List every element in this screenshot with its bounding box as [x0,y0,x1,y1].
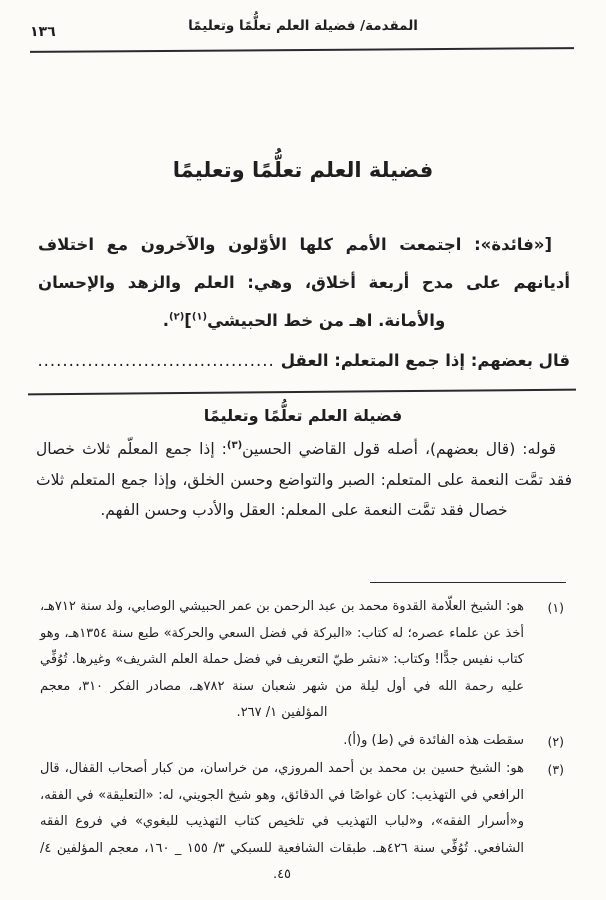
footnote-separator-rule [370,582,566,583]
matn-block: [«فائدة»: اجتمعت الأمم كلها الأوّلون وال… [38,226,570,340]
sharh-block: قوله: (قال بعضهم)، أصله قول القاضي الحسي… [36,434,572,526]
page-number: ١٣٦ [30,24,56,40]
footnotes-block: (١) هو: الشيخ العلّامة القدوة محمد بن عب… [40,594,564,890]
footnote-3-number: (٣) [530,756,564,889]
book-page: المقدمة/ فضيلة العلم تعلُّمًا وتعليمًا ١… [0,0,606,900]
saying-line: قال بعضهم: إذا جمع المتعلم: العقل ......… [38,344,570,378]
saying-text: قال بعضهم: إذا جمع المتعلم: العقل [281,344,570,378]
footnote-2: (٢) سقطت هذه الفائدة في (ط) و(أ). [40,728,564,756]
matn-text: [«فائدة»: اجتمعت الأمم كلها الأوّلون وال… [38,235,570,330]
footnote-1-number: (١) [530,594,564,727]
section-divider-rule [28,389,576,396]
chapter-title: فضيلة العلم تعلُّمًا وتعليمًا [0,158,606,182]
footnote-ref-3: (٣) [227,440,242,451]
footnote-ref-2: (٢) [169,312,184,323]
footnote-2-text: سقطت هذه الفائدة في (ط) و(أ). [40,728,524,756]
footnote-3: (٣) هو: الشيخ حسين بن محمد بن أحمد المرو… [40,756,564,889]
footnote-3-text: هو: الشيخ حسين بن محمد بن أحمد المروزي، … [40,756,524,889]
leader-dots: ........................................… [38,344,275,378]
header-rule [30,47,574,53]
running-head-title: المقدمة/ فضيلة العلم تعلُّمًا وتعليمًا [0,18,606,34]
footnote-1: (١) هو: الشيخ العلّامة القدوة محمد بن عب… [40,594,564,727]
sharh-paragraph: قوله: (قال بعضهم)، أصله قول القاضي الحسي… [36,434,572,526]
matn-closing-bracket: ] [184,311,192,330]
sharh-lead: قوله: (قال بعضهم)، أصله قول القاضي الحسي… [242,440,556,458]
sharh-heading: فضيلة العلم تعلُّمًا وتعليمًا [0,406,606,425]
footnote-ref-1: (١) [192,312,207,323]
matn-paragraph: [«فائدة»: اجتمعت الأمم كلها الأوّلون وال… [38,226,570,340]
footnote-1-text: هو: الشيخ العلّامة القدوة محمد بن عبد ال… [40,594,524,727]
footnote-2-number: (٢) [530,728,564,756]
